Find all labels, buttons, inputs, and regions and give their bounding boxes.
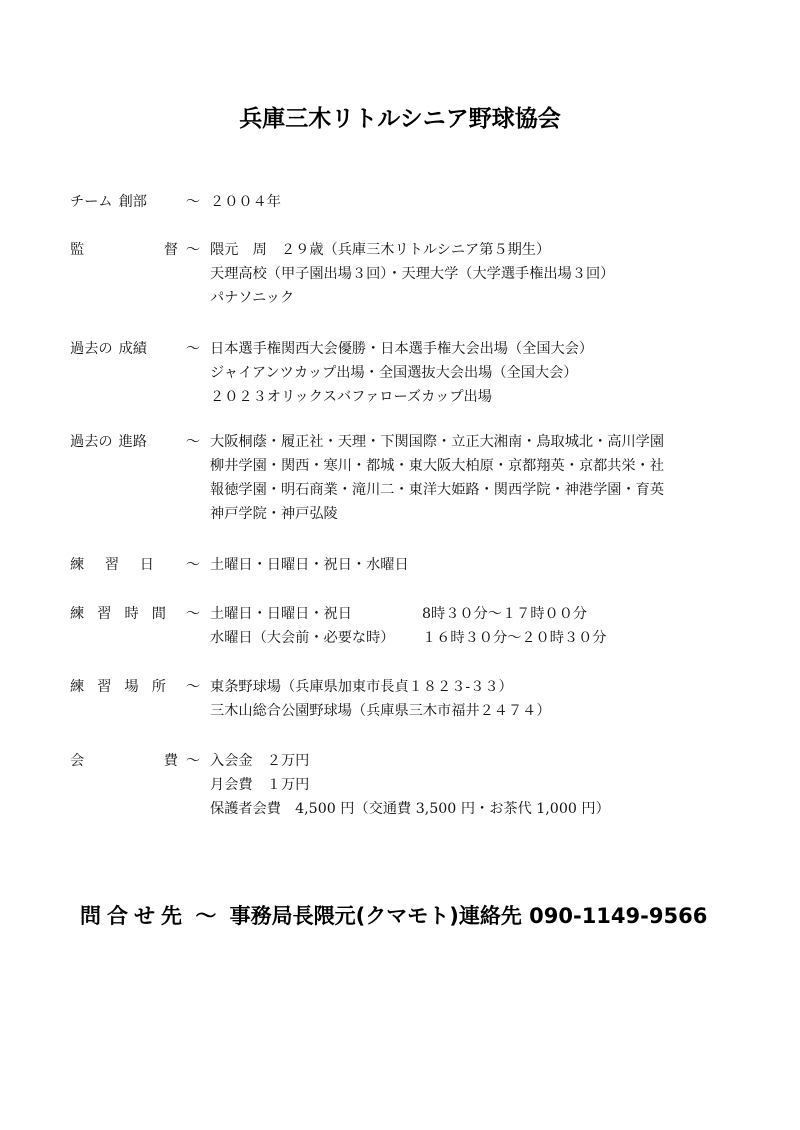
schedule-days: 水曜日（大会前・必要な時） [210,626,422,650]
separator-tilde: ～ [178,430,208,454]
contact-phone[interactable]: 090-1149-9566 [529,904,707,928]
label-founded: チーム 創部 [70,190,178,214]
separator-tilde: ～ [178,602,208,626]
location-line: 三木山総合公園野球場（兵庫県三木市福井２４７４） [210,699,551,723]
page-title: 兵庫三木リトルシニア野球協会 [0,100,800,133]
label-part: 進路 [119,430,147,454]
content-manager: 隈元 周 ２９歳（兵庫三木リトルシニア第５期生） 天理高校（甲子園出場３回）・天… [210,238,614,310]
schedule-row: 水曜日（大会前・必要な時）１６時３０分～２０時３０分 [210,626,606,650]
label-part: チーム [70,190,113,214]
label-part: 創部 [119,190,147,214]
section-founded: チーム 創部 ～ ２００４年 [70,190,770,214]
section-practice-locations: 練 習 場 所 ～ 東条野球場（兵庫県加東市長貞１８２３-３３） 三木山総合公園… [70,675,770,723]
content-practice-hours: 土曜日・日曜日・祝日8時３０分～１７時００分 水曜日（大会前・必要な時）１６時３… [210,602,606,650]
label-part: 成績 [119,337,147,361]
location-line: 東条野球場（兵庫県加東市長貞１８２３-３３） [210,675,551,699]
separator-tilde: ～ [178,749,208,773]
label-part: 会 [70,749,84,773]
achievement-line: 日本選手権関西大会優勝・日本選手権大会出場（全国大会） [210,337,593,361]
school-list-line: 大阪桐蔭・履正社・天理・下関国際・立正大湘南・鳥取城北・高川学園 [210,430,664,454]
manager-line: 隈元 周 ２９歳（兵庫三木リトルシニア第５期生） [210,238,614,262]
label-part: 時 [125,602,139,626]
contact-label: 問合せ先 [80,904,188,928]
content-fees: 入会金 ２万円 月会費 １万円 保護者会費 4,500 円（交通費 3,500 … [210,749,610,821]
separator-tilde: ～ [178,238,208,262]
separator-tilde: ～ [195,904,216,928]
fee-line: 入会金 ２万円 [210,749,610,773]
fee-line: 月会費 １万円 [210,773,610,797]
label-part: 場 [125,675,139,699]
achievement-line: ジャイアンツカップ出場・全国選抜大会出場（全国大会） [210,361,593,385]
schedule-days: 土曜日・日曜日・祝日 [210,602,422,626]
label-part: 督 [164,238,178,262]
label-practice-days: 練 習 日 [70,553,154,577]
label-career-paths: 過去の 進路 [70,430,178,454]
section-practice-hours: 練 習 時 間 ～ 土曜日・日曜日・祝日8時３０分～１７時００分 水曜日（大会前… [70,602,770,650]
school-list-line: 柳井学園・関西・寒川・都城・東大阪大柏原・京都翔英・京都共栄・社 [210,454,664,478]
label-fees: 会 費 [70,749,178,773]
label-achievements: 過去の 成績 [70,337,178,361]
separator-tilde: ～ [178,553,208,577]
label-part: 過去の [70,430,113,454]
section-career-paths: 過去の 進路 ～ 大阪桐蔭・履正社・天理・下関国際・立正大湘南・鳥取城北・高川学… [70,430,770,526]
separator-tilde: ～ [178,337,208,361]
manager-line: 天理高校（甲子園出場３回）・天理大学（大学選手権出場３回） [210,262,614,286]
content-practice-locations: 東条野球場（兵庫県加東市長貞１８２３-３３） 三木山総合公園野球場（兵庫県三木市… [210,675,551,723]
contact-footer: 問合せ先 ～ 事務局長隈元(クマモト)連絡先 090-1149-9566 [80,900,740,930]
label-manager: 監 督 [70,238,178,262]
content-practice-days: 土曜日・日曜日・祝日・水曜日 [210,553,409,577]
label-practice-hours: 練 習 時 間 [70,602,166,626]
label-practice-locations: 練 習 場 所 [70,675,166,699]
section-manager: 監 督 ～ 隈元 周 ２９歳（兵庫三木リトルシニア第５期生） 天理高校（甲子園出… [70,238,770,310]
contact-person: 事務局長隈元(クマモト)連絡先 [230,904,522,928]
label-part: 監 [70,238,84,262]
section-practice-days: 練 習 日 ～ 土曜日・日曜日・祝日・水曜日 [70,553,770,577]
separator-tilde: ～ [178,675,208,699]
label-part: 費 [164,749,178,773]
label-part: 所 [152,675,166,699]
separator-tilde: ～ [178,190,208,214]
school-list-line: 神戸学院・神戸弘陵 [210,502,664,526]
label-part: 習 [97,602,111,626]
label-part: 練 [70,602,84,626]
practice-days-value: 土曜日・日曜日・祝日・水曜日 [210,553,409,577]
label-part: 過去の [70,337,113,361]
schedule-time: １６時３０分～２０時３０分 [422,630,606,646]
schedule-time: 8時３０分～１７時００分 [422,606,587,622]
school-list-line: 報徳学園・明石商業・滝川二・東洋大姫路・関西学院・神港学園・育英 [210,478,664,502]
flyer-page: 兵庫三木リトルシニア野球協会 チーム 創部 ～ ２００４年 監 督 ～ 隈元 周… [0,0,800,1130]
section-achievements: 過去の 成績 ～ 日本選手権関西大会優勝・日本選手権大会出場（全国大会） ジャイ… [70,337,770,409]
label-part: 練 [70,675,84,699]
manager-line: パナソニック [210,286,614,310]
founded-year: ２００４年 [210,190,281,214]
label-part: 習 [97,675,111,699]
schedule-row: 土曜日・日曜日・祝日8時３０分～１７時００分 [210,602,606,626]
label-part: 練 [70,553,84,577]
section-fees: 会 費 ～ 入会金 ２万円 月会費 １万円 保護者会費 4,500 円（交通費 … [70,749,770,821]
content-career-paths: 大阪桐蔭・履正社・天理・下関国際・立正大湘南・鳥取城北・高川学園 柳井学園・関西… [210,430,664,526]
content-founded: ２００４年 [210,190,281,214]
fee-line: 保護者会費 4,500 円（交通費 3,500 円・お茶代 1,000 円） [210,797,610,821]
content-achievements: 日本選手権関西大会優勝・日本選手権大会出場（全国大会） ジャイアンツカップ出場・… [210,337,593,409]
label-part: 間 [152,602,166,626]
label-part: 習 [105,553,119,577]
achievement-line: ２０２３オリックスバファローズカップ出場 [210,385,593,409]
label-part: 日 [140,553,154,577]
